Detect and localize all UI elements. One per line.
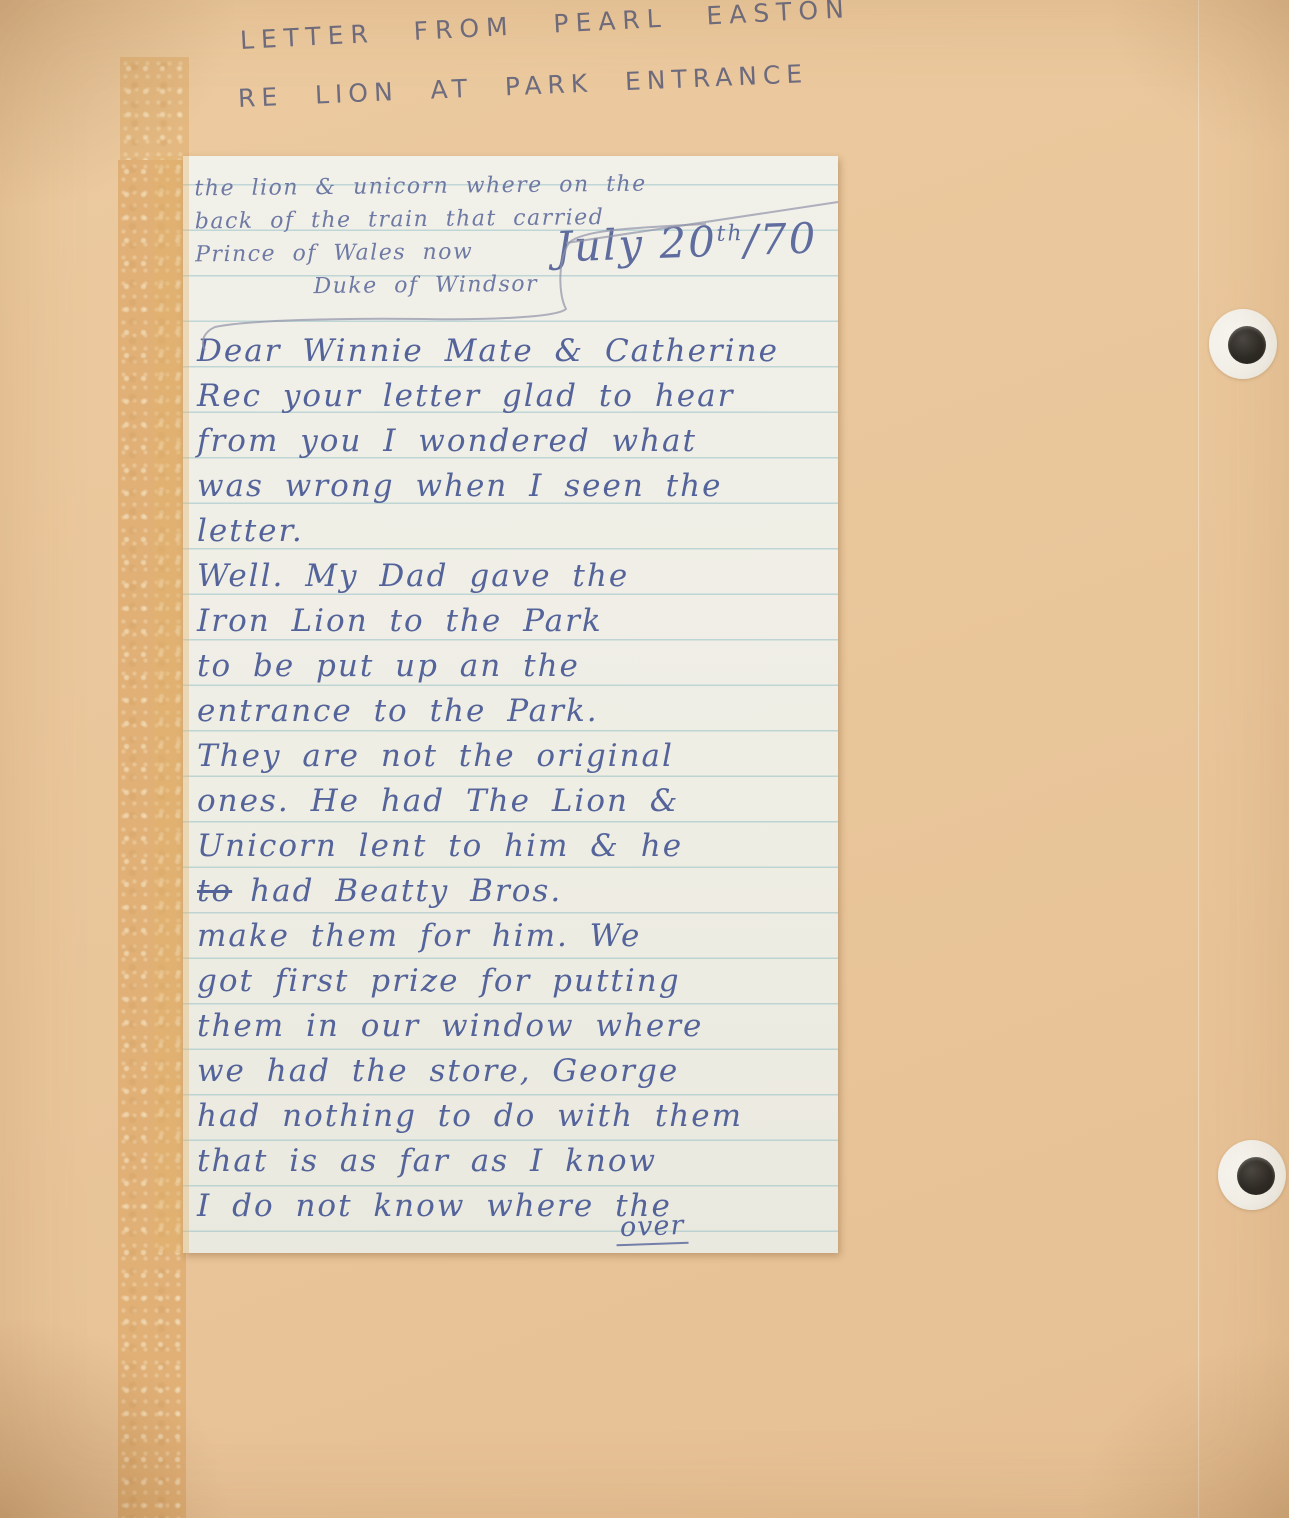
letter-line: Well. My Dad gave the [197, 554, 830, 599]
hole-opening [1237, 1157, 1275, 1195]
annotation-line: Duke of Windsor [313, 267, 648, 303]
letter-line: that is as far as I know [197, 1139, 830, 1184]
letter-line: got first prize for putting [197, 959, 830, 1004]
letter-line: was wrong when I seen the [197, 464, 830, 509]
page-crease [1197, 0, 1200, 1518]
letter-line: them in our window where [197, 1004, 830, 1049]
letter-line: had nothing to do with them [197, 1094, 830, 1139]
letter-body: Dear Winnie Mate & CatherineRec your let… [197, 329, 830, 1229]
annotation-line: the lion & unicorn where on the [194, 168, 647, 206]
date-main: July 20 [554, 217, 717, 272]
letter-line: They are not the original [197, 734, 830, 779]
letter-line: entrance to the Park. [197, 689, 830, 734]
letter-line: we had the store, George [197, 1049, 830, 1094]
punch-hole-top [1209, 309, 1277, 379]
caption-line-1: LETTER FROM PEARL EASTON [239, 0, 851, 55]
letter-line: Unicorn lent to him & he [197, 824, 830, 869]
masking-tape-top-segment [120, 57, 189, 167]
letter-line-text: had Beatty Bros. [250, 873, 562, 909]
scrapbook-page: LETTER FROM PEARL EASTON RE LION AT PARK… [0, 0, 1289, 1518]
hole-opening [1228, 326, 1266, 364]
letter-line: make them for him. We [197, 914, 830, 959]
letter-line: I do not know where the [197, 1184, 830, 1229]
letter-line: to be put up an the [197, 644, 830, 689]
masking-tape-over-paper [153, 156, 189, 1253]
date-year: /70 [743, 213, 818, 265]
letter-date: July 20th/70 [554, 213, 818, 271]
letter-paper: the lion & unicorn where on the back of … [183, 156, 838, 1253]
struck-word: to [197, 873, 232, 909]
letter-line: Iron Lion to the Park [197, 599, 830, 644]
date-ordinal: th [716, 221, 744, 247]
letter-line: Rec your letter glad to hear [197, 374, 830, 419]
letter-line: from you I wondered what [197, 419, 830, 464]
caption-line-2: RE LION AT PARK ENTRANCE [237, 59, 808, 113]
letter-line: ones. He had The Lion & [197, 779, 830, 824]
punch-hole-bottom [1218, 1140, 1286, 1210]
letter-line: letter. [197, 509, 830, 554]
letter-line: tohad Beatty Bros. [197, 869, 830, 914]
over-note: over [615, 1210, 689, 1247]
letter-line: Dear Winnie Mate & Catherine [197, 329, 830, 374]
